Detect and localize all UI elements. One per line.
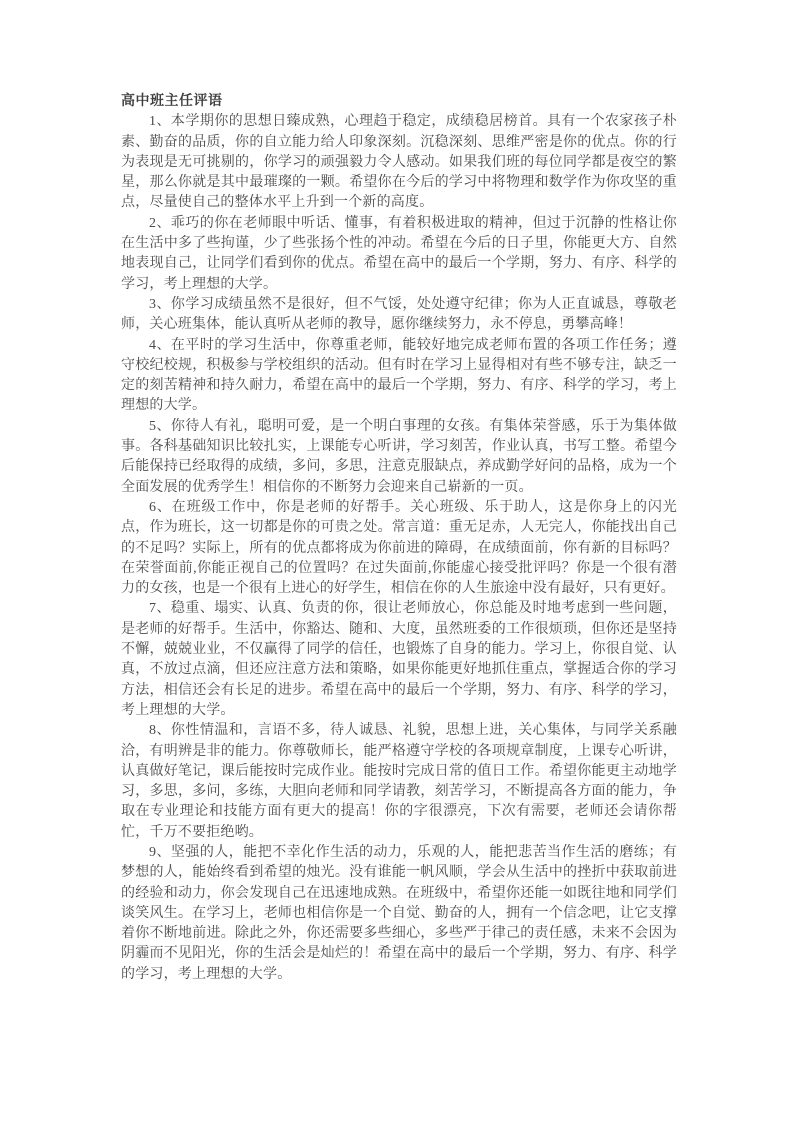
paragraph-8: 8、你性情温和，言语不多，待人诚恳、礼貌，思想上进，关心集体，与同学关系融洽，有… [121, 721, 677, 843]
paragraph-7: 7、稳重、塌实、认真、负责的你，很让老师放心，你总能及时地考虑到一些问题，是老师… [121, 599, 677, 721]
paragraph-3: 3、你学习成绩虽然不是很好，但不气馁，处处遵守纪律；你为人正直诚恳，尊敬老师，关… [121, 295, 677, 336]
paragraph-2: 2、乖巧的你在老师眼中听话、懂事，有着积极进取的精神，但过于沉静的性格让你在生活… [121, 214, 677, 295]
paragraph-6: 6、在班级工作中，你是老师的好帮手。关心班级、乐于助人，这是你身上的闪光点，作为… [121, 498, 677, 599]
document-content: 高中班主任评语 1、本学期你的思想日臻成熟，心理趋于稳定，成绩稳居榜首。具有一个… [121, 92, 677, 985]
paragraph-4: 4、在平时的学习生活中，你尊重老师，能较好地完成老师布置的各项工作任务；遵守校纪… [121, 336, 677, 417]
paragraph-5: 5、你待人有礼，聪明可爱，是一个明白事理的女孩。有集体荣誉感，乐于为集体做事。各… [121, 417, 677, 498]
document-title: 高中班主任评语 [121, 92, 677, 112]
paragraph-9: 9、坚强的人，能把不幸化作生活的动力，乐观的人，能把悲苦当作生活的磨练；有梦想的… [121, 843, 677, 985]
document-page: 高中班主任评语 1、本学期你的思想日臻成熟，心理趋于稳定，成绩稳居榜首。具有一个… [0, 0, 793, 1122]
paragraph-1: 1、本学期你的思想日臻成熟，心理趋于稳定，成绩稳居榜首。具有一个农家孩子朴素、勤… [121, 112, 677, 213]
